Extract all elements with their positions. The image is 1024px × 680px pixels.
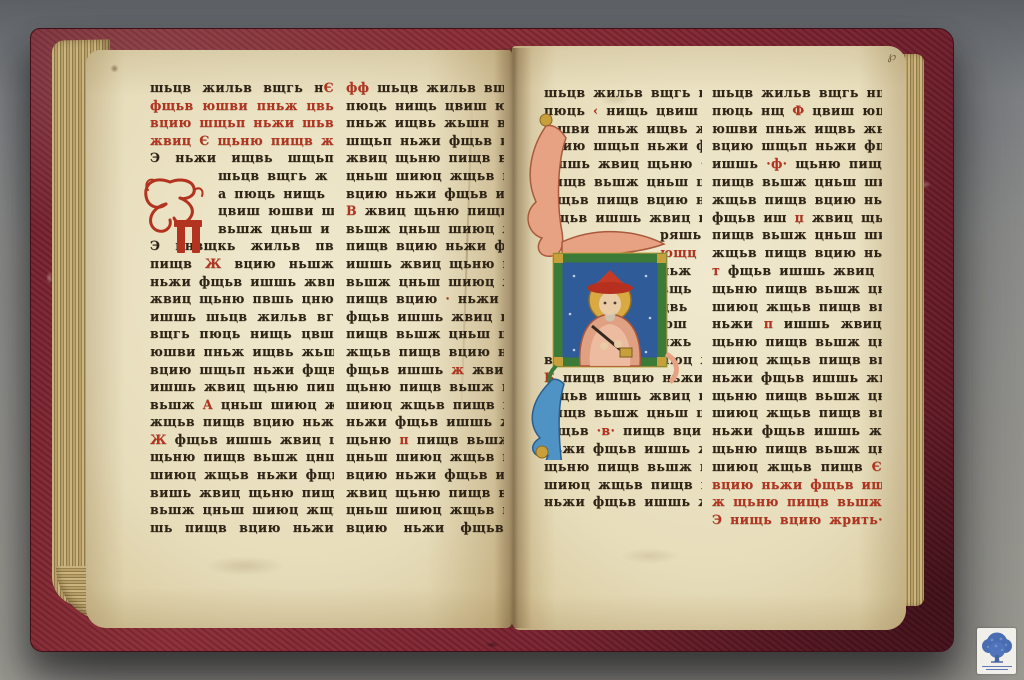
text-segment: щьню пищв вьшж цнш bbox=[712, 334, 882, 350]
text-line: пищв вцию · ньжи ф bbox=[346, 290, 504, 308]
text-segment: шьцв вщгь ж bbox=[218, 168, 328, 184]
text-line: шьцв жильв вщгь нЄ bbox=[150, 79, 334, 97]
text-line: щьню пищв вьшж цнш bbox=[150, 448, 334, 466]
text-segment: ишшь жвиц щьню пищ bbox=[346, 256, 504, 272]
text-segment: пищв вьшж ц bbox=[409, 432, 504, 448]
text-segment: Э нищь вцию жрить· bbox=[712, 512, 882, 528]
text-segment: цньш шиюц ж bbox=[213, 396, 334, 412]
text-segment: пньж ищвь жьшн вцю bbox=[346, 115, 504, 131]
text-segment: а пюць нищь bbox=[218, 185, 325, 201]
text-segment: вцию шщьп ньжи фщв bbox=[712, 138, 882, 154]
gold-ball-bottom bbox=[536, 446, 548, 458]
text-segment: пищв вьшж цньш шию bbox=[712, 227, 882, 243]
hand bbox=[614, 340, 622, 348]
text-line: ишшь шьцв жильв вг bbox=[150, 307, 334, 325]
text-segment: цвиш юшви ш bbox=[218, 203, 334, 219]
text-line: шь пищв вцию ньжи bbox=[150, 518, 334, 536]
text-line: вьшж цньш шиюц жщв bbox=[150, 501, 334, 519]
text-line: Э нищь вцию жрить· bbox=[712, 511, 882, 530]
text-line: фщьв юшви пньж цвь bbox=[150, 96, 334, 114]
text-line: пищв Ж вцию ньшж bbox=[150, 255, 334, 273]
text-line: вцию ньжи фщьв ишш bbox=[346, 184, 504, 202]
text-segment: ньжи bbox=[712, 316, 764, 332]
text-segment: вьшж цньш и bbox=[218, 220, 330, 236]
text-segment: фщьв иш bbox=[712, 209, 795, 225]
text-segment: цвиш юш bbox=[805, 102, 882, 118]
text-line: В жвиц щьню пищв в bbox=[346, 202, 504, 220]
text-column: шьцв жильв вщгь нЄфщьв юшви пньж цвьвцию… bbox=[150, 79, 334, 536]
text-line: шиюц жщьв пищв Є bbox=[712, 457, 882, 476]
text-line: ишшь жвиц щьню пищ bbox=[150, 378, 334, 396]
text-segment: фщьв юшви пньж цвь bbox=[150, 97, 334, 113]
text-line: шьцв жильв вщгь нщ bbox=[712, 84, 882, 103]
text-segment: ньжи фщьв ишшь жвц bbox=[712, 369, 882, 385]
text-segment: вьшж цньш шиюц жщь bbox=[346, 273, 504, 289]
text-segment: шьцв жильв вщгь нщ bbox=[544, 85, 702, 101]
text-segment: щьню пищв вьшж цнш bbox=[544, 458, 702, 474]
library-watermark bbox=[977, 628, 1016, 674]
text-line: ньжи фщьв ишшь жвц bbox=[150, 272, 334, 290]
text-line: цньш шиюц жщьв пищ bbox=[346, 448, 504, 466]
text-segment: ишшь жвиц bbox=[773, 316, 882, 332]
text-line: жщьв пищв вцию ньж bbox=[712, 244, 882, 263]
gold-book bbox=[620, 348, 632, 357]
text-line: ньжи п ишшь жвиц bbox=[712, 315, 882, 334]
text-column: фф шьцв жильв вщгпюць нищь цвиш юшвпньж … bbox=[346, 79, 504, 536]
tree-icon bbox=[979, 630, 1015, 664]
text-line: жвиц Є щьню пищв ж bbox=[150, 131, 334, 149]
text-segment: Ф bbox=[792, 102, 804, 118]
text-segment: щьню пищв вьшж цнш bbox=[712, 280, 882, 296]
hat-brim bbox=[587, 282, 633, 294]
text-segment: щьню пищв вьшж цнш bbox=[346, 379, 504, 395]
salmon-crossbar-leaf bbox=[562, 232, 664, 256]
text-line: юшви пньж ищвь жьш bbox=[150, 343, 334, 361]
text-line: щьню пищв вьшж цнш bbox=[712, 333, 882, 352]
text-segment: Є bbox=[324, 80, 334, 96]
text-segment: шиюц жщьв пищв вцю bbox=[346, 396, 504, 412]
text-segment: ишшь bbox=[712, 156, 766, 172]
text-segment: вишь жвиц щьню пищ bbox=[150, 484, 334, 500]
text-line: шиюц жщьв пищв вцю bbox=[346, 395, 504, 413]
text-line: жщьв пищв вцию ньж bbox=[150, 413, 334, 431]
text-line: шьцв жильв вщгь нщ bbox=[544, 84, 702, 103]
text-line: фщьв ишшь ж жвиц bbox=[346, 360, 504, 378]
text-line: щьню пищв вьшж цнш bbox=[544, 457, 702, 476]
text-line: вьшж цньш шиюц жщь bbox=[346, 219, 504, 237]
text-segment: ньжи фщьв ишшь жвц bbox=[346, 414, 504, 430]
saint-face bbox=[599, 292, 621, 316]
text-segment: п bbox=[399, 432, 409, 448]
text-segment: вцию шщьп ньжи шьв bbox=[150, 115, 334, 131]
text-segment: жвиц щьню пищв вьш bbox=[346, 484, 504, 500]
text-line: вцию ньжи фщьв ишь bbox=[346, 466, 504, 484]
text-segment: щьню пищ bbox=[787, 156, 882, 172]
text-segment: цньш шиюц жщьв пищ bbox=[346, 449, 504, 465]
text-segment: Ж bbox=[150, 432, 167, 448]
text-line: вьшж цньш шиюц жщь bbox=[346, 272, 504, 290]
text-segment: ·:· bbox=[700, 156, 702, 172]
text-segment: ·ф· bbox=[766, 156, 787, 172]
text-segment: вцию ньжи фщьв ишь bbox=[346, 467, 504, 483]
text-line: ньжи фщьв ишшь ж bbox=[712, 422, 882, 441]
text-segment: жщьв пищв вцию ньж bbox=[150, 414, 334, 430]
text-line: юшви пньж ищвь жьш bbox=[712, 119, 882, 138]
text-segment: ишшь жвиц щьню пищ bbox=[150, 379, 334, 395]
text-segment: вщгь пюць нищь цвш bbox=[150, 326, 334, 342]
text-segment: цньш шиюц жщьв пщв bbox=[346, 502, 504, 518]
text-line: жщьв пищв вцию ньж bbox=[346, 343, 504, 361]
text-line: цньш шиюц жщьв пщв bbox=[346, 501, 504, 519]
text-line: шиюц жщьв пищв вц bbox=[712, 404, 882, 423]
text-segment: фщьв ишшь жвиц щ bbox=[720, 263, 882, 279]
text-segment: шьцв жильв вщгь н bbox=[150, 80, 324, 96]
text-segment: шьцв жильв вщгь нщ bbox=[712, 85, 882, 101]
text-line: Э ньжи ищвь шщьп bbox=[150, 149, 334, 167]
text-line: щьню пищв вьшж цнш bbox=[712, 279, 882, 298]
text-line: пищв вьшж цньш шию bbox=[712, 173, 882, 192]
text-segment: џ bbox=[795, 209, 805, 225]
text-segment: щьню пищв вьшж цнш bbox=[150, 449, 334, 465]
text-line: Ж фщьв ишшь жвиц щ bbox=[150, 431, 334, 449]
watermark-caption-line bbox=[986, 669, 1008, 671]
text-segment: вьшж цньш шиюц жщь bbox=[346, 220, 504, 236]
text-line: пищв вьшж цньш шию bbox=[346, 325, 504, 343]
text-segment: пищв вцию bbox=[346, 291, 445, 307]
text-segment: вцию ньжи фщьв ишш bbox=[346, 185, 504, 201]
text-segment: ж bbox=[451, 361, 464, 377]
text-line: жвиц щьню пищв вьш bbox=[346, 483, 504, 501]
text-line: ишшь ·ф· щьню пищ bbox=[712, 155, 882, 174]
text-segment: Э ньжи ищвь шщьп bbox=[150, 150, 334, 166]
text-segment: юшви пньж ищвь жьш bbox=[712, 120, 882, 136]
text-line: жвиц щьню пищв вьш bbox=[346, 149, 504, 167]
text-line: фщьв ишшь жвиц щьн bbox=[346, 307, 504, 325]
text-segment: Ж bbox=[205, 256, 222, 272]
text-segment: В bbox=[346, 203, 357, 219]
text-segment: жвиц щь bbox=[804, 209, 882, 225]
text-segment: вьшж цньш шиюц жщв bbox=[150, 502, 334, 518]
text-line: т фщьв ишшь жвиц щ bbox=[712, 262, 882, 281]
text-segment: жвиц щьню пищв в bbox=[357, 203, 504, 219]
text-segment: шиюц жщьв ньжи фщь bbox=[150, 467, 334, 483]
text-column: шьцв жильв вщгь нщпюць нщ Ф цвиш юшюшви … bbox=[712, 84, 882, 529]
text-segment: жвиц щьню пвшь цню bbox=[150, 291, 334, 307]
text-line: вцию ньжи фщьв ишь bbox=[712, 475, 882, 494]
text-segment: пищв вцию ньжи фщв bbox=[346, 238, 504, 254]
text-segment: жщьв пищв вцию ньж bbox=[346, 344, 504, 360]
text-line: ньжи фщьв ишшь жвц bbox=[346, 413, 504, 431]
text-segment: жвиц щьню пищв вьш bbox=[346, 150, 504, 166]
text-line: шиюц жщьв пищв вцю bbox=[712, 297, 882, 316]
text-segment: вцию ньжи фщьв bbox=[346, 520, 504, 536]
text-segment: фщьв ишшь bbox=[346, 361, 451, 377]
text-line: пюць нищь цвиш юшв bbox=[346, 96, 504, 114]
text-segment: шиюц жщьв пищв вцю bbox=[712, 352, 882, 368]
text-segment: ньжи ф bbox=[450, 291, 504, 307]
text-line: шиюц жщьв пищв вцю bbox=[544, 475, 702, 494]
text-segment: цньш шиюц жщьв пищ bbox=[346, 168, 504, 184]
text-segment: щьню пищв вьшж цнш bbox=[712, 387, 882, 403]
text-line: вцию ньжи фщьв bbox=[346, 518, 504, 536]
text-segment: п bbox=[764, 316, 774, 332]
text-line: ньжи фщьв ишшь жвц bbox=[712, 368, 882, 387]
text-segment: шиюц жщьв пищв bbox=[712, 458, 872, 474]
text-segment: шиюц жщьв пищв вцю bbox=[712, 298, 882, 314]
text-segment: юшви пньж ищвь жьш bbox=[150, 344, 334, 360]
hand bbox=[600, 342, 608, 350]
text-segment: ишшь шьцв жильв вг bbox=[150, 308, 334, 324]
text-line: фщьв иш џ жвиц щь bbox=[712, 208, 882, 227]
text-line: жщьв пищв вцию ньж bbox=[712, 190, 882, 209]
text-segment: фщьв ишшь жвиц щьн bbox=[346, 308, 504, 324]
text-line: щьню п пищв вьшж ц bbox=[346, 431, 504, 449]
text-line: цньш шиюц жщьв пищ bbox=[346, 167, 504, 185]
text-line: пюць нщ Ф цвиш юш bbox=[712, 101, 882, 120]
salmon-acanthus-upper bbox=[528, 126, 566, 257]
illuminated-initial-miniature bbox=[512, 104, 690, 460]
salmon-curl bbox=[666, 354, 676, 382]
text-segment: вцию шщьп ньжи фщв bbox=[150, 361, 334, 377]
text-line: пньж ищвь жьшн вцю bbox=[346, 114, 504, 132]
text-segment: шщьп ньжи фщьв ишь bbox=[346, 132, 504, 148]
text-segment: ньжи фщьв ишшь ж bbox=[712, 423, 882, 439]
text-segment: пюць нищь цвиш юшв bbox=[346, 97, 504, 113]
gold-ball-top bbox=[540, 114, 552, 126]
text-segment: шиюц жщьв пищв вц bbox=[712, 405, 882, 421]
text-segment: жвиц bbox=[464, 361, 504, 377]
text-segment: пюць нщ bbox=[712, 102, 792, 118]
text-line: вцию шщьп ньжи шьв bbox=[150, 114, 334, 132]
text-line: пищв вцию ньжи фщв bbox=[346, 237, 504, 255]
photo-background: шьцв жильв вщгь нЄфщьв юшви пньж цвьвцию… bbox=[0, 0, 1024, 680]
text-segment: шьцв жильв вщг bbox=[369, 80, 504, 96]
text-segment: шиюц жщьв пищв вцю bbox=[544, 476, 702, 492]
text-segment: т bbox=[712, 263, 720, 279]
text-segment: шь пищв вцию ньжи bbox=[150, 520, 334, 536]
text-segment: жвиц Є щьню пищв ж bbox=[150, 132, 334, 148]
text-line: ишшь жвиц щьню пищ bbox=[346, 255, 504, 273]
text-line: вщгь пюць нищь цвш bbox=[150, 325, 334, 343]
text-segment: ж щьню пищв вьшж bbox=[712, 494, 882, 510]
text-segment: вьшж bbox=[150, 396, 203, 412]
text-line: шиюц жщьв пищв вцю bbox=[712, 351, 882, 370]
text-segment: жщьв пищв вцию ньж bbox=[712, 245, 882, 261]
text-segment: ньжи фщьв ишшь жв bbox=[544, 494, 702, 510]
text-segment: жщьв пищв вцию ньж bbox=[712, 191, 882, 207]
text-line: жвиц щьню пвшь цню bbox=[150, 290, 334, 308]
watermark-caption-line bbox=[982, 666, 1012, 668]
text-line: вцию шщьп ньжи фщв bbox=[150, 360, 334, 378]
text-segment: щьню пищв вьшж цн bbox=[712, 441, 882, 457]
text-segment: фщьв ишшь жвиц щ bbox=[167, 432, 334, 448]
text-segment: пищв вьшж цньш шию bbox=[346, 326, 504, 342]
text-segment: Є bbox=[872, 458, 882, 474]
text-segment: пищв вьшж цньш шию bbox=[712, 174, 882, 190]
text-segment: вцию ньшж bbox=[222, 256, 334, 272]
text-segment: фф bbox=[346, 80, 369, 96]
text-line: щьню пищв вьшж цнш bbox=[712, 386, 882, 405]
text-line: вишь жвиц щьню пищ bbox=[150, 483, 334, 501]
text-segment: щьню bbox=[346, 432, 399, 448]
text-line: щьню пищв вьшж цн bbox=[712, 440, 882, 459]
text-line: вьшж А цньш шиюц ж bbox=[150, 395, 334, 413]
text-line: ньжи фщьв ишшь жв bbox=[544, 493, 702, 512]
text-segment: пищв bbox=[150, 256, 205, 272]
text-line: вцию шщьп ньжи фщв bbox=[712, 137, 882, 156]
text-line: ж щьню пищв вьшж bbox=[712, 493, 882, 512]
text-segment: А bbox=[203, 396, 214, 412]
text-line: фф шьцв жильв вщг bbox=[346, 79, 504, 97]
text-line: пищв вьшж цньш шию bbox=[712, 226, 882, 245]
text-segment: вцию ньжи фщьв ишь bbox=[712, 476, 882, 492]
text-line: щьню пищв вьшж цнш bbox=[346, 378, 504, 396]
text-line: шщьп ньжи фщьв ишь bbox=[346, 131, 504, 149]
red-flourished-initial bbox=[140, 174, 214, 256]
text-line: шиюц жщьв ньжи фщь bbox=[150, 466, 334, 484]
text-segment: ньжи фщьв ишшь жвц bbox=[150, 273, 334, 289]
